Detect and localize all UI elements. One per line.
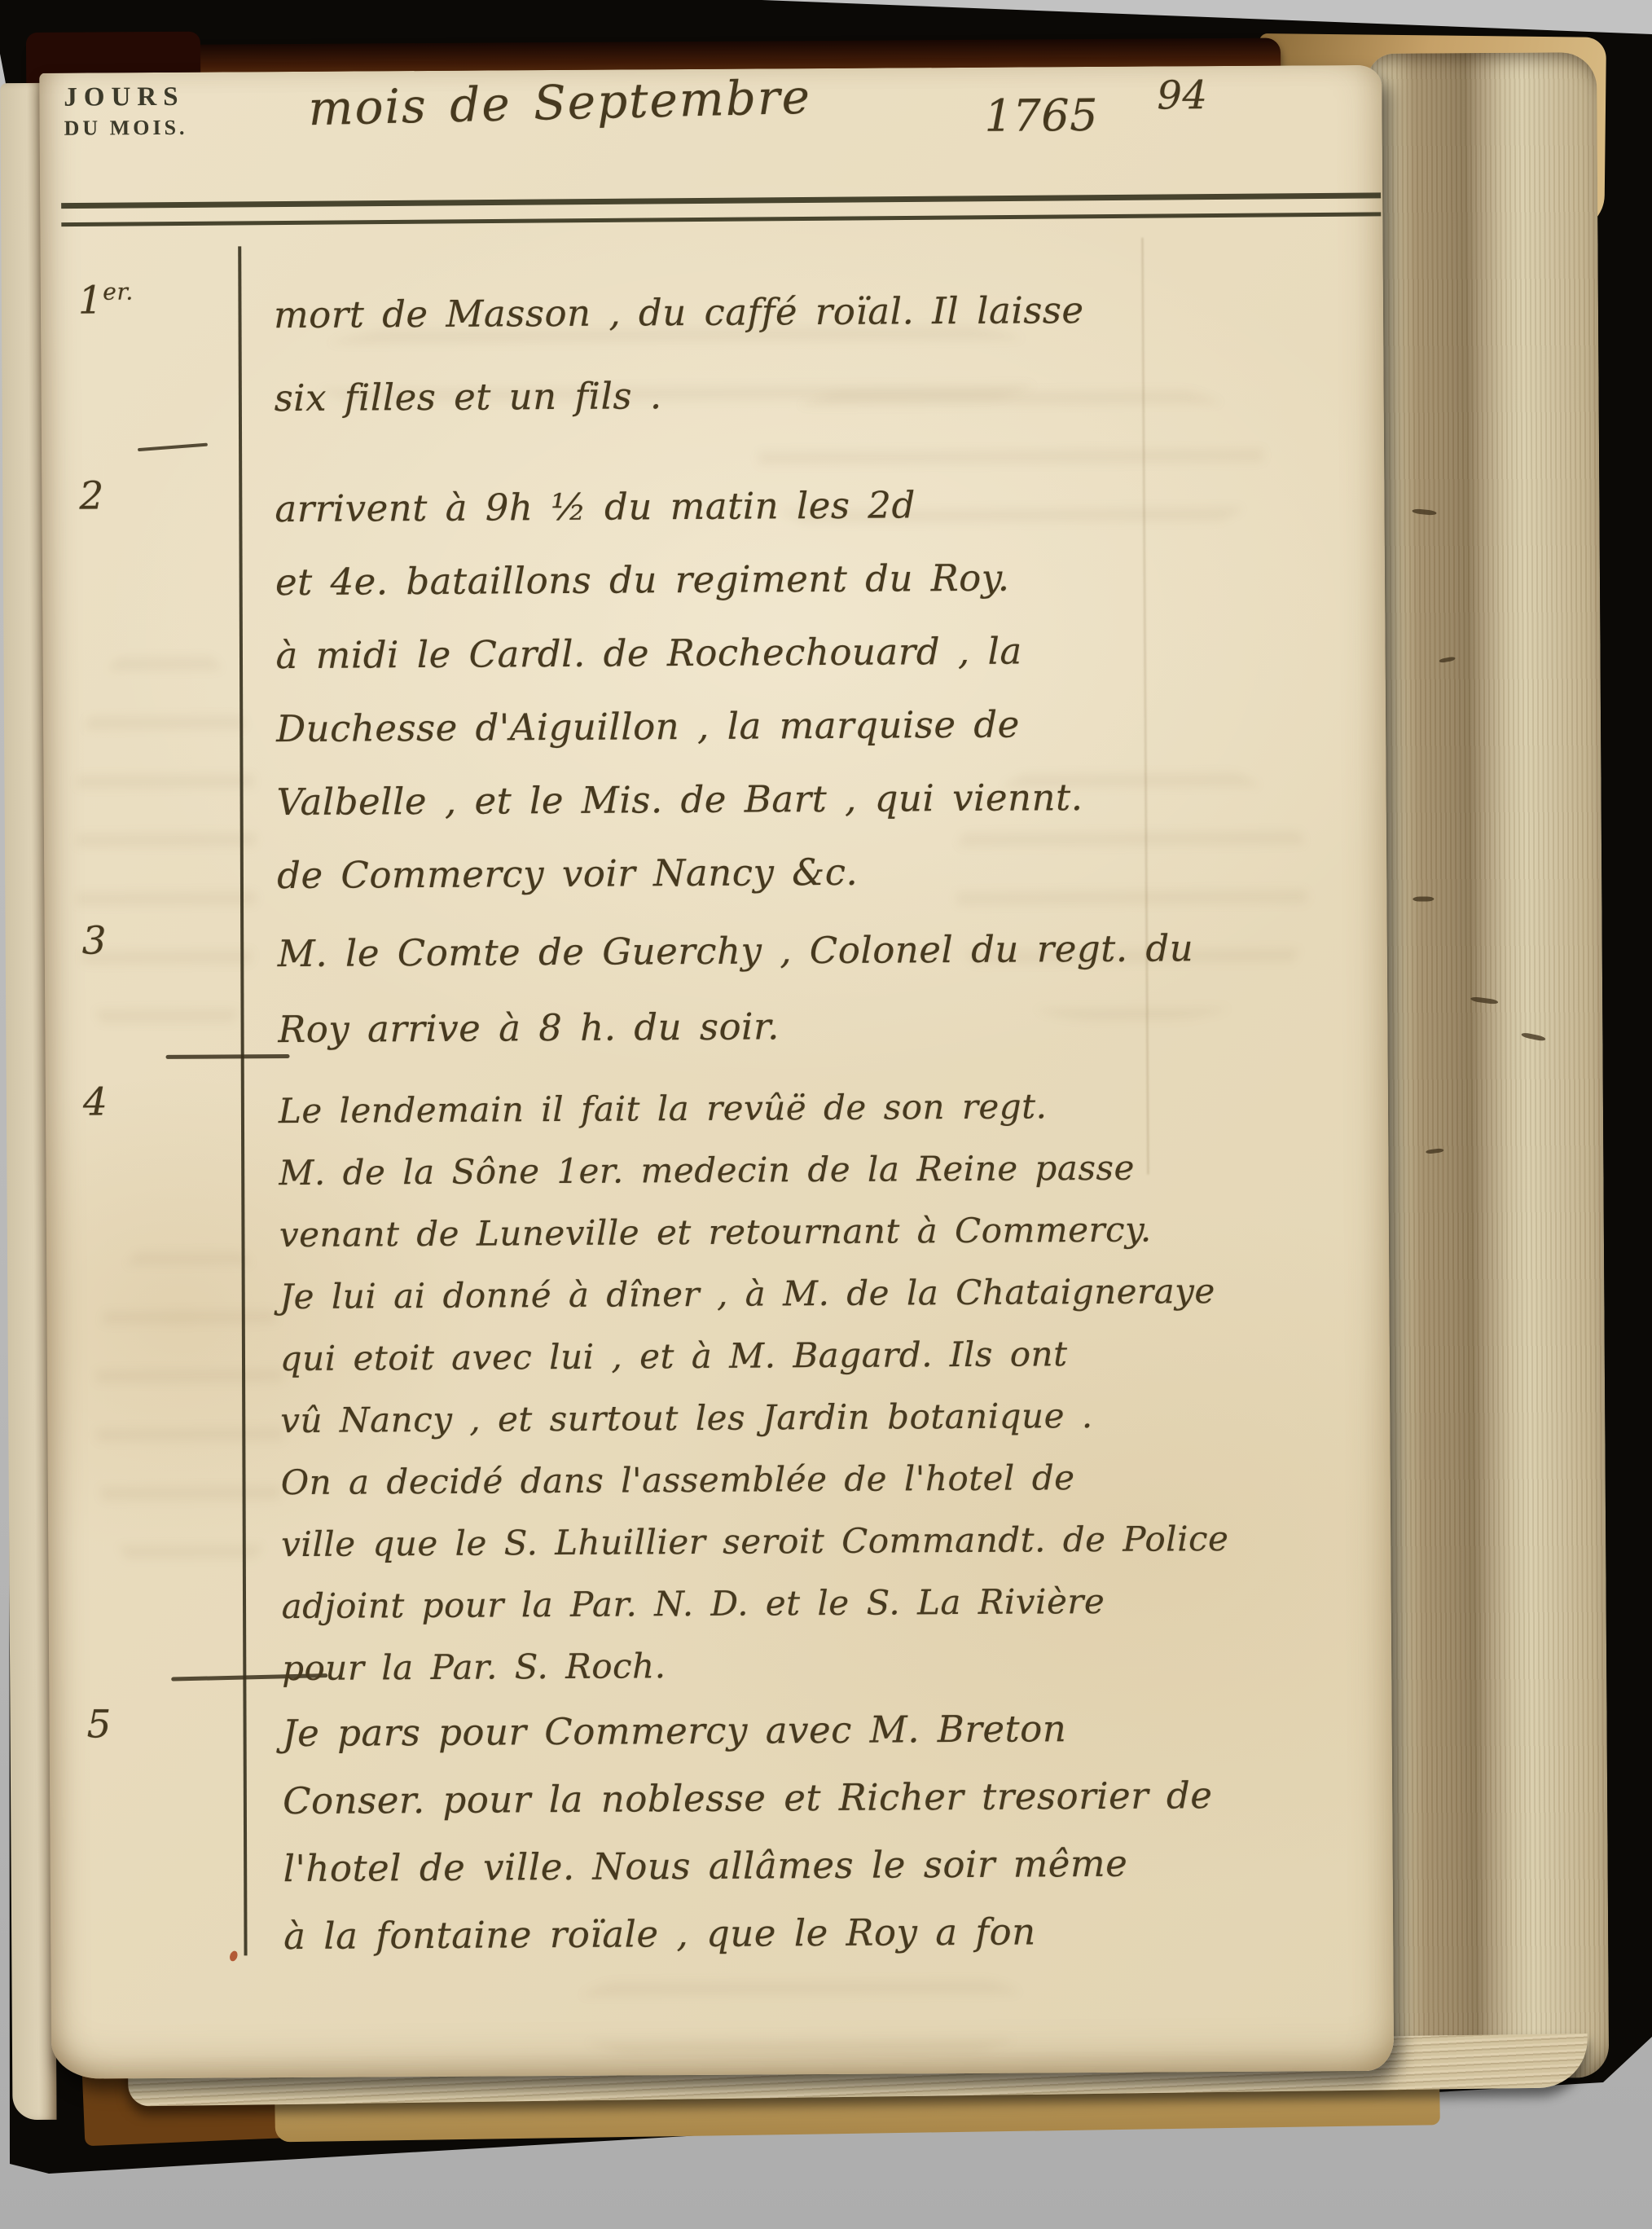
entry-line: Roy arrive à 8 h. du soir. bbox=[278, 985, 1403, 1067]
entry-line: l'hotel de ville. Nous allâmes le soir m… bbox=[283, 1828, 1407, 1902]
column-divider-rule bbox=[238, 246, 247, 1955]
entry-line: ville que le S. Lhuillier seroit Command… bbox=[281, 1507, 1405, 1576]
entry-day-number: 5 bbox=[86, 1701, 233, 1747]
days-of-month-label: JOURS DU MOIS. bbox=[64, 82, 187, 141]
journal-entry: Le lendemain il fait la revûë de son reg… bbox=[279, 1074, 1407, 1699]
entry-separator-tick bbox=[166, 1054, 290, 1059]
journal-entry: arrivent à 9h ½ du matin les 2d et 4e. b… bbox=[275, 466, 1401, 912]
entry-line: Valbelle , et le Mis. de Bart , qui vien… bbox=[276, 759, 1401, 839]
ink-mark bbox=[1470, 996, 1498, 1005]
entry-line: Duchesse d'Aiguillon , la marquise de bbox=[276, 686, 1401, 766]
entry-day-number: 3 bbox=[82, 917, 229, 963]
day-number-text: 2 bbox=[79, 473, 104, 518]
ink-mark bbox=[1413, 896, 1434, 901]
ink-mark bbox=[1439, 657, 1456, 664]
entry-line: Je lui ai donné à dîner , à M. de la Cha… bbox=[279, 1260, 1404, 1328]
entry-line: M. de la Sône 1er. medecin de la Reine p… bbox=[279, 1136, 1403, 1204]
entry-line: pour la Par. S. Roch. bbox=[282, 1631, 1406, 1699]
ink-bleed-smudge bbox=[572, 1966, 1029, 2066]
entry-separator-tick bbox=[138, 443, 208, 452]
page-number: 94 bbox=[1157, 73, 1207, 118]
manuscript-photo-scene: JOURS DU MOIS. mois de Septembre 1765 94… bbox=[0, 0, 1652, 2229]
entry-line: On a decidé dans l'assemblée de l'hotel … bbox=[281, 1445, 1405, 1514]
entry-day-number: 1er. bbox=[78, 277, 225, 323]
days-label-line2: DU MOIS. bbox=[64, 116, 187, 141]
journal-book: JOURS DU MOIS. mois de Septembre 1765 94… bbox=[0, 0, 1652, 2229]
journal-page: JOURS DU MOIS. mois de Septembre 1765 94… bbox=[39, 65, 1394, 2079]
entry-line: de Commercy voir Nancy &c. bbox=[277, 833, 1402, 912]
year-label: 1765 bbox=[984, 90, 1098, 142]
day-number-text: 1 bbox=[78, 278, 103, 323]
ink-bleed-smudge bbox=[95, 1237, 285, 1588]
entry-line: à midi le Cardl. de Rochechouard , la bbox=[275, 613, 1400, 692]
month-title: mois de Septembre bbox=[308, 69, 812, 137]
day-number-text: 3 bbox=[82, 918, 108, 963]
entry-line: arrivent à 9h ½ du matin les 2d bbox=[275, 466, 1399, 546]
entry-line: mort de Masson , du caffé roïal. Il lais… bbox=[274, 267, 1399, 357]
entry-line: M. le Comte de Guerchy , Colonel du regt… bbox=[277, 909, 1402, 991]
entry-line: vû Nancy , et surtout les Jardin botaniq… bbox=[280, 1383, 1404, 1452]
entry-day-number: 4 bbox=[83, 1079, 230, 1124]
entry-line: qui etoit avec lui , et à M. Bagard. Ils… bbox=[280, 1321, 1404, 1390]
day-number-text: 4 bbox=[83, 1079, 108, 1124]
entry-line: adjoint pour la Par. N. D. et le S. La R… bbox=[281, 1569, 1405, 1638]
ink-mark bbox=[1426, 1148, 1443, 1154]
ink-mark bbox=[1412, 508, 1436, 516]
entry-line: Je pars pour Commercy avec M. Breton bbox=[282, 1693, 1406, 1767]
entry-line: Conser. pour la noblesse et Richer treso… bbox=[283, 1761, 1407, 1835]
entry-line: à la fontaine roïale , que le Roy a fon bbox=[283, 1896, 1408, 1970]
days-label-line1: JOURS bbox=[64, 82, 187, 113]
ink-mark bbox=[1521, 1032, 1546, 1042]
entry-line: venant de Luneville et retournant à Comm… bbox=[279, 1198, 1404, 1266]
entry-line: six filles et un fils . bbox=[274, 350, 1399, 440]
day-number-suffix: er. bbox=[103, 279, 134, 306]
day-number-text: 5 bbox=[86, 1702, 112, 1747]
entry-day-number: 2 bbox=[79, 473, 226, 518]
red-ink-speck bbox=[228, 1950, 239, 1962]
journal-entry: Je pars pour Commercy avec M. Breton Con… bbox=[282, 1693, 1408, 1970]
journal-entry: M. le Comte de Guerchy , Colonel du regt… bbox=[277, 909, 1402, 1067]
entry-line: et 4e. bataillons du regiment du Roy. bbox=[275, 539, 1400, 619]
entry-line: Le lendemain il fait la revûë de son reg… bbox=[279, 1074, 1403, 1142]
ink-bleed-smudge bbox=[75, 642, 257, 1066]
header-double-rule bbox=[61, 192, 1381, 226]
journal-entry: mort de Masson , du caffé roïal. Il lais… bbox=[274, 267, 1399, 440]
